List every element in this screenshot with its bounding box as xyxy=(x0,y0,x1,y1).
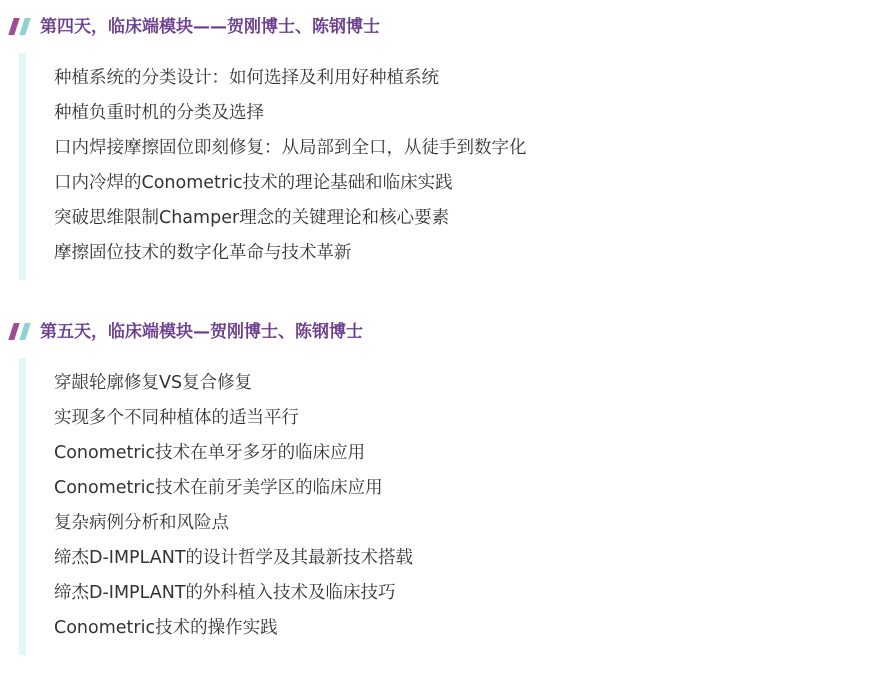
list-item: 口内焊接摩擦固位即刻修复：从局部到全口，从徒手到数字化 xyxy=(54,131,527,166)
day4-item-list: 种植系统的分类设计：如何选择及利用好种植系统 种植负重时机的分类及选择 口内焊接… xyxy=(54,61,527,271)
list-item: 突破思维限制Champer理念的关键理论和核心要素 xyxy=(54,201,527,236)
slash-decoration-icon xyxy=(8,323,20,340)
day4-heading: 第四天，临床端模块——贺刚博士、陈钢博士 xyxy=(0,12,892,42)
list-item: Conometric技术在前牙美学区的临床应用 xyxy=(54,471,413,506)
slash-decoration-icon xyxy=(19,18,31,35)
day4-body xyxy=(19,53,26,280)
list-item: 实现多个不同种植体的适当平行 xyxy=(54,401,413,436)
day5-body xyxy=(19,358,26,655)
quote-bar xyxy=(19,53,26,280)
list-item: 种植系统的分类设计：如何选择及利用好种植系统 xyxy=(54,61,527,96)
section-title: 第四天，临床端模块——贺刚博士、陈钢博士 xyxy=(40,15,380,39)
day5-item-list: 穿龈轮廓修复VS复合修复 实现多个不同种植体的适当平行 Conometric技术… xyxy=(54,366,413,646)
list-item: Conometric技术的操作实践 xyxy=(54,611,413,646)
section-title: 第五天，临床端模块—贺刚博士、陈钢博士 xyxy=(40,320,363,344)
list-item: 种植负重时机的分类及选择 xyxy=(54,96,527,131)
list-item: 缔杰D-IMPLANT的外科植入技术及临床技巧 xyxy=(54,576,413,611)
list-item: 摩擦固位技术的数字化革命与技术革新 xyxy=(54,236,527,271)
list-item: 缔杰D-IMPLANT的设计哲学及其最新技术搭载 xyxy=(54,541,413,576)
slash-decoration-icon xyxy=(19,323,31,340)
quote-bar xyxy=(19,358,26,655)
list-item: 穿龈轮廓修复VS复合修复 xyxy=(54,366,413,401)
list-item: 复杂病例分析和风险点 xyxy=(54,506,413,541)
day5-heading: 第五天，临床端模块—贺刚博士、陈钢博士 xyxy=(0,317,892,347)
list-item: 口内冷焊的Conometric技术的理论基础和临床实践 xyxy=(54,166,527,201)
slash-decoration-icon xyxy=(8,18,20,35)
list-item: Conometric技术在单牙多牙的临床应用 xyxy=(54,436,413,471)
